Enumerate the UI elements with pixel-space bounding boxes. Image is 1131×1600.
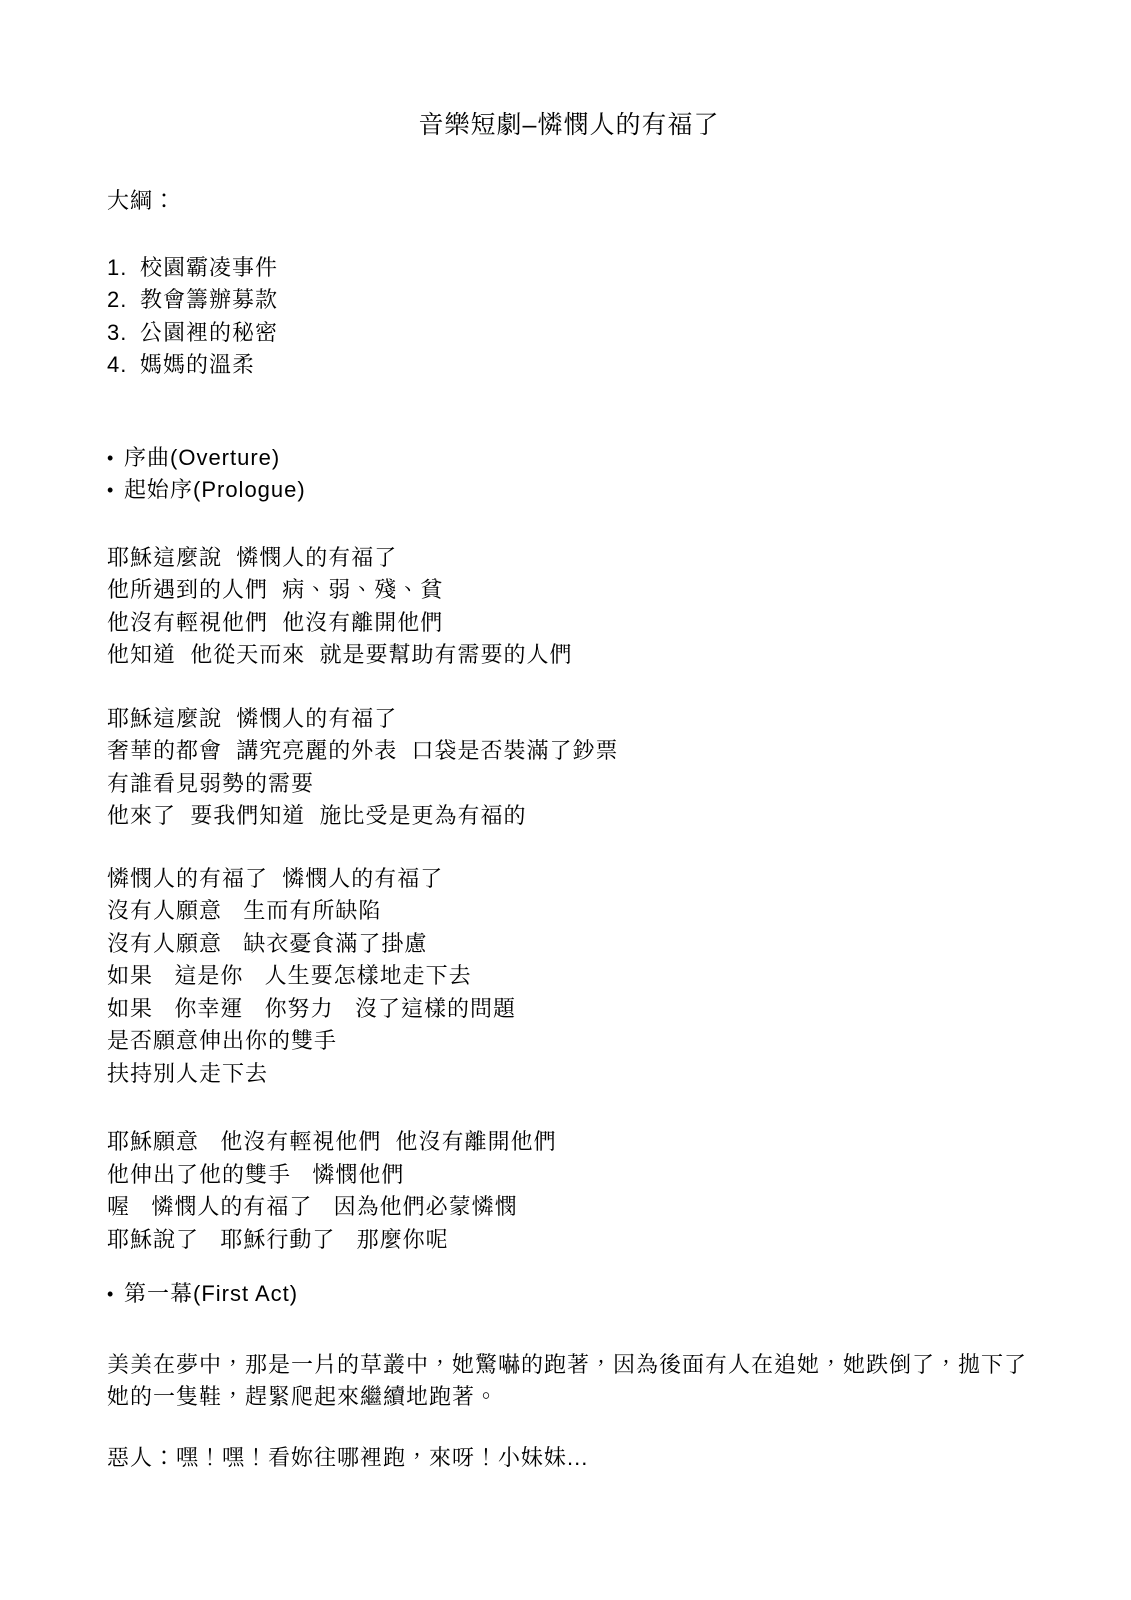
outline-item-label: 媽媽的溫柔 [140,349,255,382]
document-title: 音樂短劇–憐憫人的有福了 [107,107,1031,143]
stanza-line: 喔 憐憫人的有福了 因為他們必蒙憐憫 [107,1191,1031,1224]
stanza-line: 奢華的都會 講究亮麗的外表 口袋是否裝滿了鈔票 [107,735,1031,768]
stanza-line: 他來了 要我們知道 施比受是更為有福的 [107,800,1031,833]
stanza-line: 沒有人願意 缺衣憂食滿了掛慮 [107,928,1031,961]
stanza-line: 他知道 他從天而來 就是要幫助有需要的人們 [107,639,1031,672]
stanza-line: 耶穌這麼說 憐憫人的有福了 [107,703,1031,736]
lyrics-stanza-2: 耶穌這麼說 憐憫人的有福了 奢華的都會 講究亮麗的外表 口袋是否裝滿了鈔票 有誰… [107,703,1031,833]
outline-item-number: 2. [107,284,140,317]
narration-line: 她的一隻鞋，趕緊爬起來繼續地跑著。 [107,1381,1031,1414]
stanza-line: 如果 這是你 人生要怎樣地走下去 [107,960,1031,993]
program-bullet-label: 起始序(Prologue) [124,474,306,507]
stanza-line: 沒有人願意 生而有所缺陷 [107,895,1031,928]
program-bullet-item: • 序曲(Overture) [107,442,1031,475]
stanza-line: 扶持別人走下去 [107,1058,1031,1091]
stanza-line: 他沒有輕視他們 他沒有離開他們 [107,607,1031,640]
scene-narration: 美美在夢中，那是一片的草叢中，她驚嚇的跑著，因為後面有人在追她，她跌倒了，拋下了… [107,1349,1031,1414]
outline-item: 3. 公園裡的秘密 [107,317,1031,350]
outline-list: 1. 校園霸凌事件 2. 教會籌辦募款 3. 公園裡的秘密 4. 媽媽的溫柔 [107,252,1031,382]
outline-item-label: 教會籌辦募款 [140,284,278,317]
stanza-line: 耶穌這麼說 憐憫人的有福了 [107,542,1031,575]
program-bullet-item: • 起始序(Prologue) [107,474,1031,507]
stanza-line: 耶穌願意 他沒有輕視他們 他沒有離開他們 [107,1126,1031,1159]
bullet-icon: • [107,1278,124,1311]
outline-item-number: 1. [107,252,140,285]
stanza-line: 如果 你幸運 你努力 沒了這樣的問題 [107,993,1031,1026]
stanza-line: 有誰看見弱勢的需要 [107,768,1031,801]
bullet-icon: • [107,474,124,507]
stanza-line: 他伸出了他的雙手 憐憫他們 [107,1159,1031,1192]
act-bullet-item: • 第一幕(First Act) [107,1278,1031,1311]
program-bullet-label: 序曲(Overture) [124,442,280,475]
narration-line: 美美在夢中，那是一片的草叢中，她驚嚇的跑著，因為後面有人在追她，她跌倒了，拋下了 [107,1349,1031,1382]
lyrics-stanza-3: 憐憫人的有福了 憐憫人的有福了 沒有人願意 生而有所缺陷 沒有人願意 缺衣憂食滿… [107,863,1031,1091]
outline-item-number: 3. [107,317,140,350]
stanza-line: 憐憫人的有福了 憐憫人的有福了 [107,863,1031,896]
stanza-line: 耶穌說了 耶穌行動了 那麼你呢 [107,1224,1031,1257]
bullet-icon: • [107,442,124,475]
outline-item-label: 校園霸凌事件 [140,252,278,285]
act-bullet-label: 第一幕(First Act) [124,1278,298,1311]
program-bullet-list: • 序曲(Overture) • 起始序(Prologue) [107,442,1031,507]
lyrics-stanza-1: 耶穌這麼說 憐憫人的有福了 他所遇到的人們 病、弱、殘、貧 他沒有輕視他們 他沒… [107,542,1031,672]
stanza-line: 是否願意伸出你的雙手 [107,1025,1031,1058]
villain-dialogue-line: 惡人：嘿！嘿！看妳往哪裡跑，來呀！小妹妹... [107,1442,1031,1475]
outline-item-number: 4. [107,349,140,382]
lyrics-stanza-4: 耶穌願意 他沒有輕視他們 他沒有離開他們 他伸出了他的雙手 憐憫他們 喔 憐憫人… [107,1126,1031,1256]
outline-item: 2. 教會籌辦募款 [107,284,1031,317]
stanza-line: 他所遇到的人們 病、弱、殘、貧 [107,574,1031,607]
outline-item-label: 公園裡的秘密 [140,317,278,350]
outline-heading: 大綱： [107,185,1031,218]
document-page: 音樂短劇–憐憫人的有福了 大綱： 1. 校園霸凌事件 2. 教會籌辦募款 3. … [0,0,1131,1600]
outline-item: 1. 校園霸凌事件 [107,252,1031,285]
outline-item: 4. 媽媽的溫柔 [107,349,1031,382]
